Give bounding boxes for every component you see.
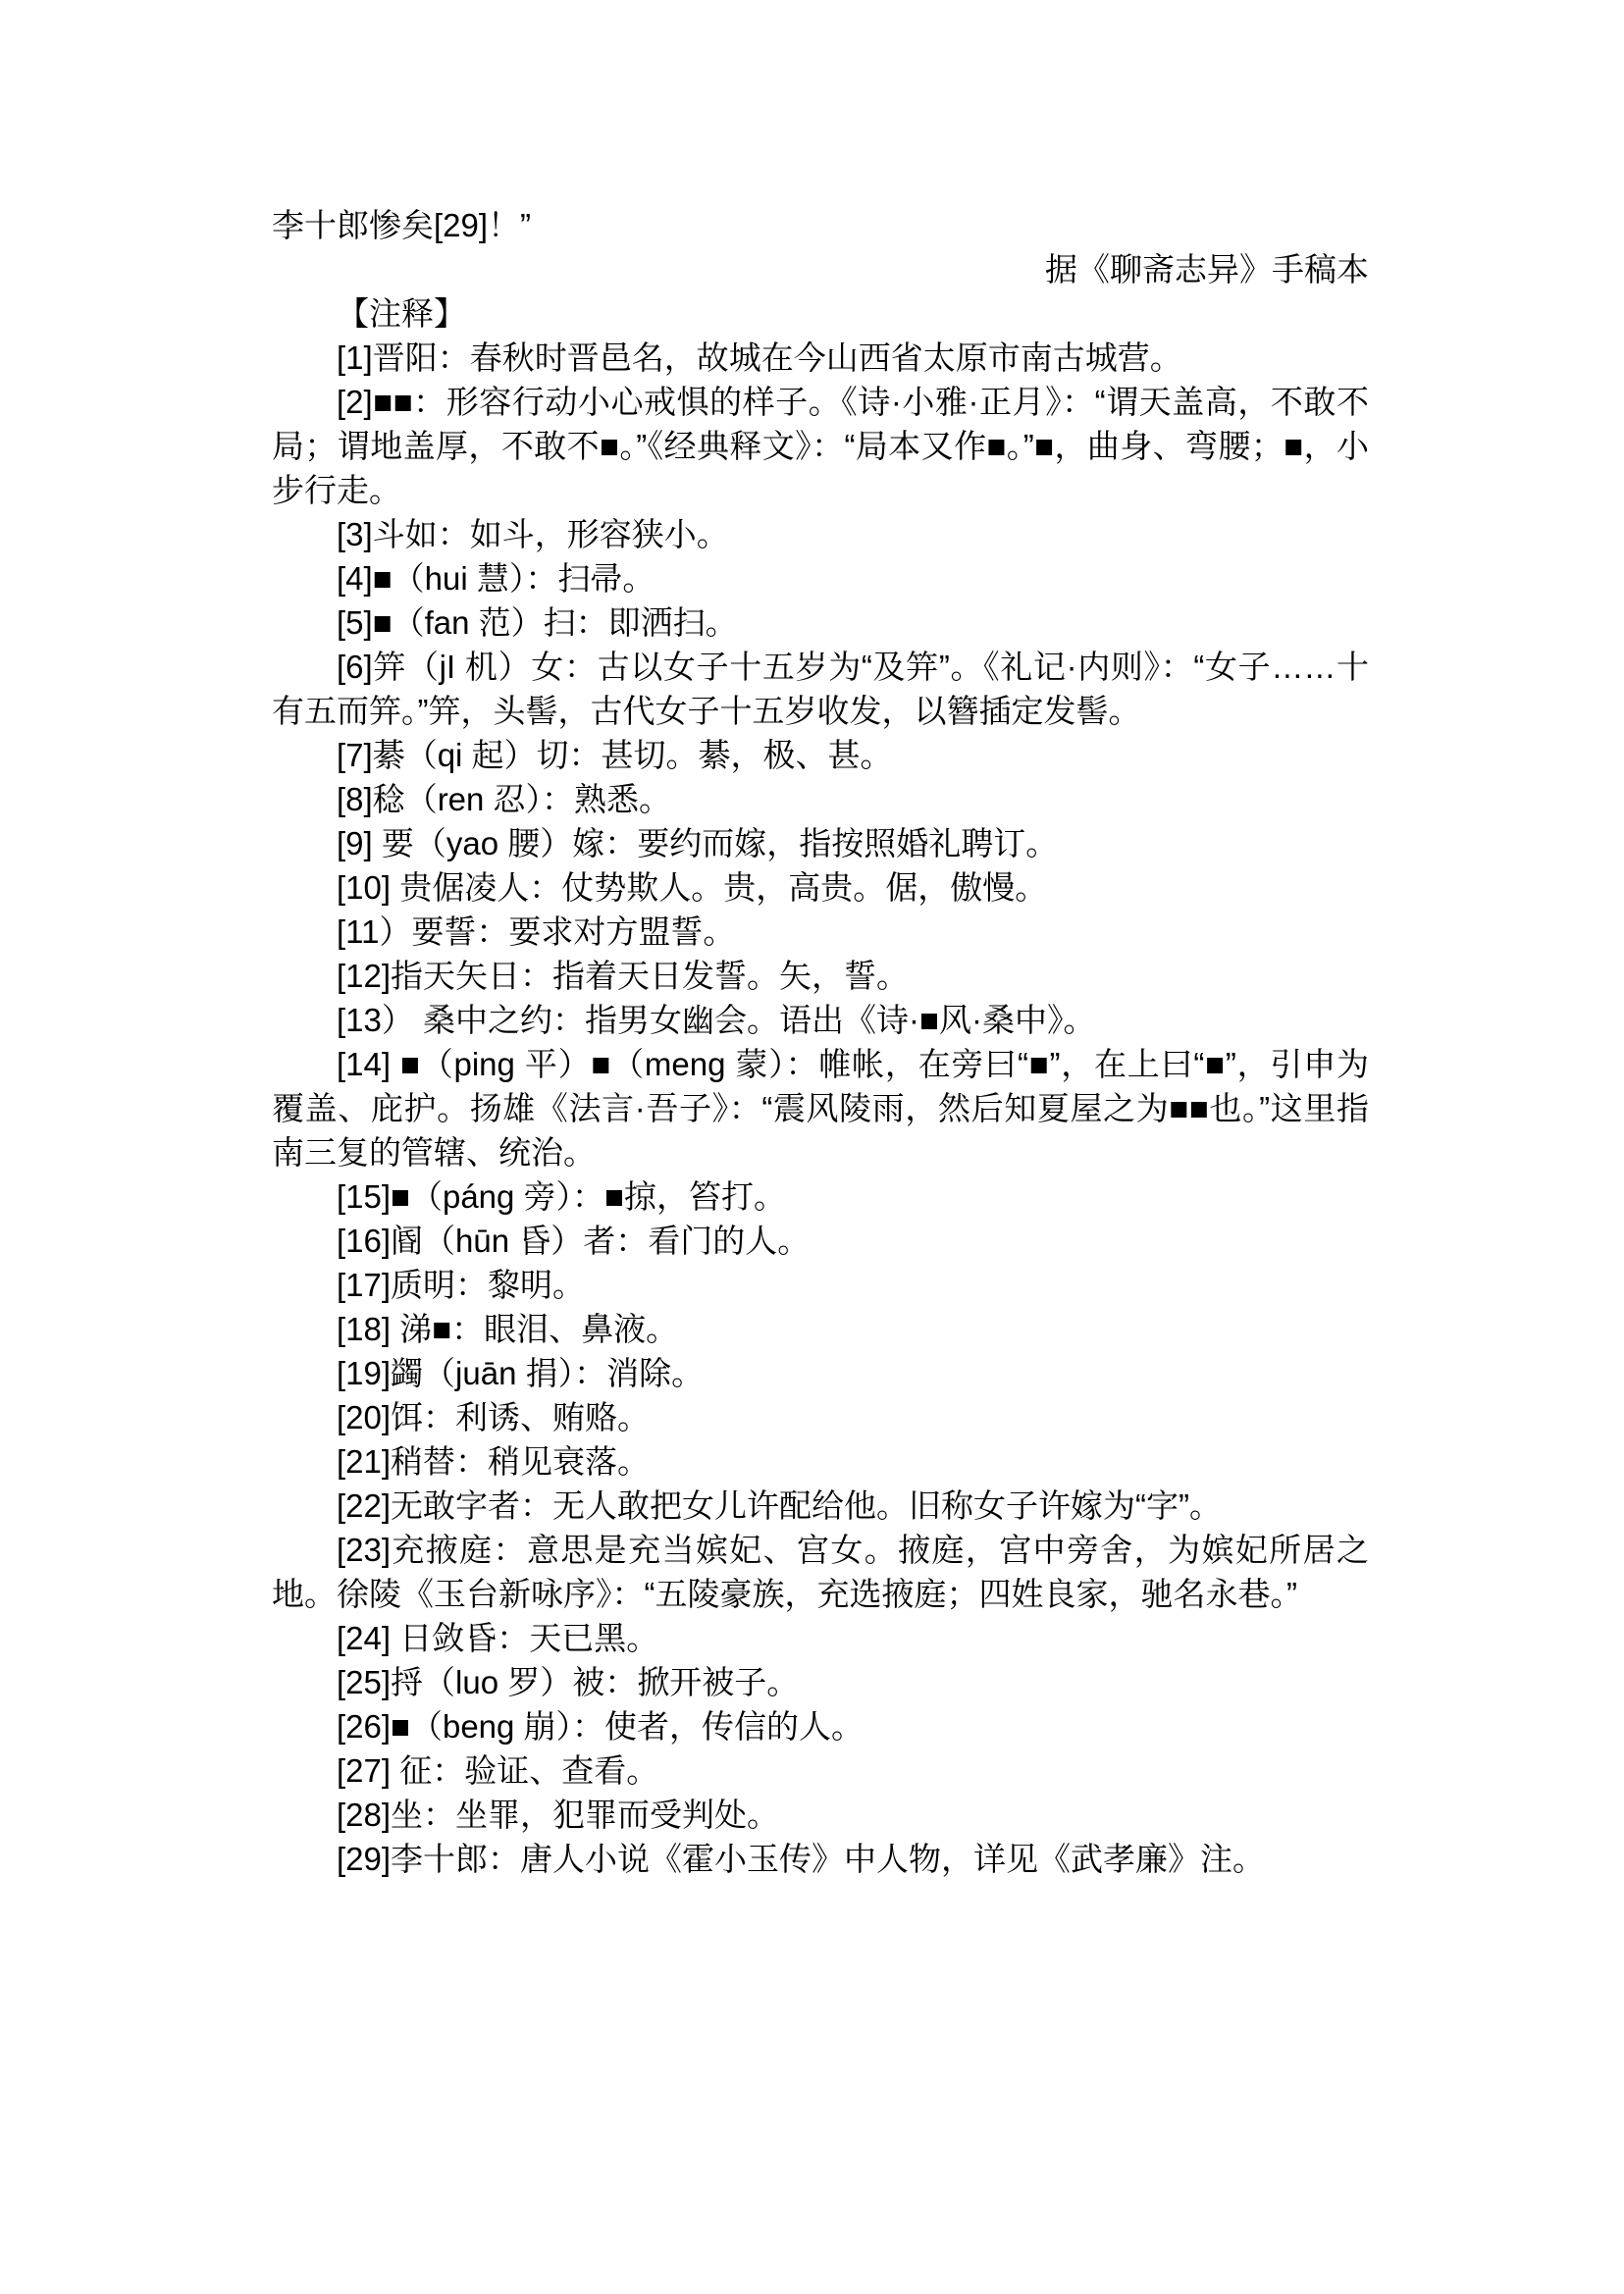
note-item: [8]稔（ren 忍）：熟悉。 xyxy=(272,777,1369,821)
note-item: [5]■（fan 范）扫：即洒扫。 xyxy=(272,600,1369,645)
note-item: [20]饵：利诱、贿赂。 xyxy=(272,1395,1369,1439)
source-attribution: 据《聊斋志异》手稿本 xyxy=(272,247,1369,291)
note-item: [4]■（hui 慧）：扫帚。 xyxy=(272,556,1369,600)
note-item: [17]质明：黎明。 xyxy=(272,1263,1369,1307)
note-item: [27] 征：验证、查看。 xyxy=(272,1748,1369,1793)
note-item: [13） 桑中之约：指男女幽会。语出《诗·■风·桑中》。 xyxy=(272,998,1369,1042)
note-item: [9] 要（yao 腰）嫁：要约而嫁，指按照婚礼聘订。 xyxy=(272,821,1369,865)
note-item: [15]■（páng 旁）：■掠，笞打。 xyxy=(272,1174,1369,1219)
annotations-section-title: 【注释】 xyxy=(272,291,1369,336)
note-item: [12]指天矢日：指着天日发誓。矢，誓。 xyxy=(272,954,1369,998)
note-item: [10] 贵倨凌人：仗势欺人。贵，高贵。倨，傲慢。 xyxy=(272,865,1369,910)
note-item: [1]晋阳：春秋时晋邑名，故城在今山西省太原市南古城营。 xyxy=(272,336,1369,380)
note-item: [16]阍（hūn 昏）者：看门的人。 xyxy=(272,1219,1369,1263)
note-item: [14] ■（ping 平）■（meng 蒙）：帷帐，在旁曰“■”，在上曰“■”… xyxy=(272,1042,1369,1174)
note-item: [23]充掖庭：意思是充当嫔妃、宫女。掖庭，宫中旁舍，为嫔妃所居之地。徐陵《玉台… xyxy=(272,1528,1369,1616)
opening-line: 李十郎惨矣[29]！” xyxy=(272,203,1369,247)
note-item: [24] 日敛昏：天已黑。 xyxy=(272,1616,1369,1660)
page-text-block: 李十郎惨矣[29]！” 据《聊斋志异》手稿本 【注释】 [1]晋阳：春秋时晋邑名… xyxy=(272,203,1369,1881)
note-item: [19]蠲（juān 捐）：消除。 xyxy=(272,1351,1369,1395)
note-item: [2]■■：形容行动小心戒惧的样子。《诗·小雅·正月》：“谓天盖高，不敢不局；谓… xyxy=(272,380,1369,512)
note-item: [6]笄（jI 机）女：古以女子十五岁为“及笄”。《礼记·内则》：“女子……十有… xyxy=(272,645,1369,733)
note-item: [26]■（beng 崩）：使者，传信的人。 xyxy=(272,1704,1369,1748)
note-item: [22]无敢字者：无人敢把女儿许配给他。旧称女子许嫁为“字”。 xyxy=(272,1484,1369,1528)
note-item: [7]綦（qi 起）切：甚切。綦，极、甚。 xyxy=(272,733,1369,777)
note-item: [28]坐：坐罪，犯罪而受判处。 xyxy=(272,1793,1369,1837)
note-item: [25]捋（luo 罗）被：掀开被子。 xyxy=(272,1660,1369,1704)
note-item: [11）要誓：要求对方盟誓。 xyxy=(272,910,1369,954)
note-item: [21]稍替：稍见衰落。 xyxy=(272,1439,1369,1484)
note-item: [29]李十郎：唐人小说《霍小玉传》中人物，详见《武孝廉》注。 xyxy=(272,1837,1369,1881)
note-item: [3]斗如：如斗，形容狭小。 xyxy=(272,512,1369,556)
note-item: [18] 涕■：眼泪、鼻液。 xyxy=(272,1307,1369,1351)
